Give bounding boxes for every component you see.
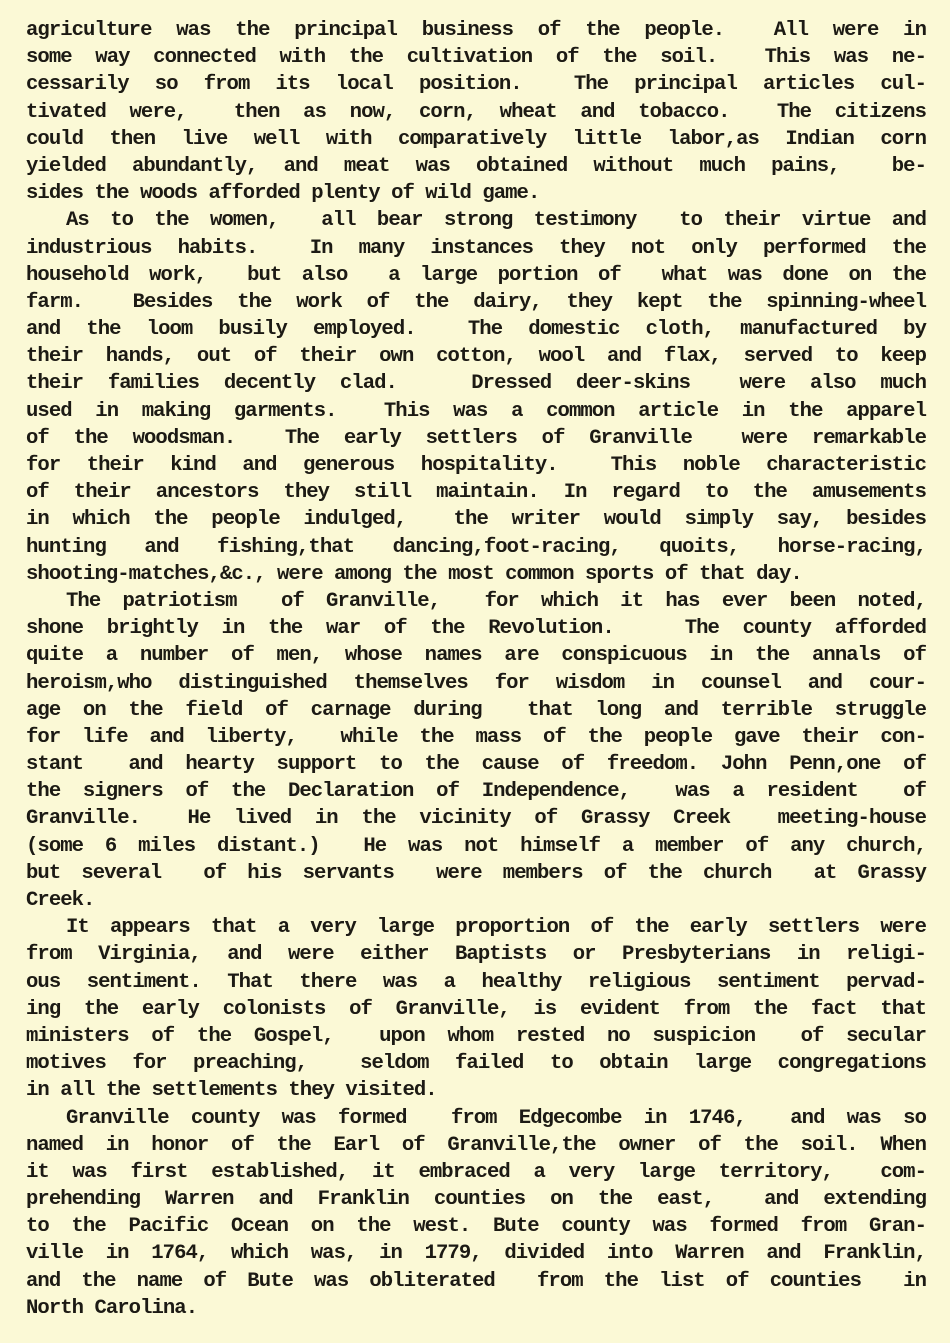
text-line: for their kind and generous hospitality.…: [26, 452, 926, 479]
text-line: from Virginia, and were either Baptists …: [26, 941, 926, 968]
text-line: Creek.: [26, 887, 926, 914]
text-line: of their ancestors they still maintain. …: [26, 479, 926, 506]
paragraph: agriculture was the principal business o…: [26, 17, 926, 207]
text-line: farm. Besides the work of the dairy, the…: [26, 289, 926, 316]
text-line: motives for preaching, seldom failed to …: [26, 1050, 926, 1077]
text-line: some way connected with the cultivation …: [26, 44, 926, 71]
text-line: agriculture was the principal business o…: [26, 17, 926, 44]
text-line: sides the woods afforded plenty of wild …: [26, 180, 926, 207]
paragraph: It appears that a very large proportion …: [26, 914, 926, 1104]
text-line: Granville. He lived in the vicinity of G…: [26, 805, 926, 832]
text-line: and the loom busily employed. The domest…: [26, 316, 926, 343]
text-line: hunting and fishing,that dancing,foot-ra…: [26, 534, 926, 561]
text-line: yielded abundantly, and meat was obtaine…: [26, 153, 926, 180]
text-line: to the Pacific Ocean on the west. Bute c…: [26, 1213, 926, 1240]
paragraph: The patriotism of Granville, for which i…: [26, 588, 926, 914]
text-line: Granville county was formed from Edgecom…: [26, 1105, 926, 1132]
text-line: their hands, out of their own cotton, wo…: [26, 343, 926, 370]
text-line: age on the field of carnage during that …: [26, 697, 926, 724]
text-line: could then live well with comparatively …: [26, 126, 926, 153]
text-line: in which the people indulged, the writer…: [26, 506, 926, 533]
text-line: As to the women, all bear strong testimo…: [26, 207, 926, 234]
paragraph: Granville county was formed from Edgecom…: [26, 1105, 926, 1323]
text-line: ville in 1764, which was, in 1779, divid…: [26, 1240, 926, 1267]
text-line: of the woodsman. The early settlers of G…: [26, 425, 926, 452]
text-line: stant and hearty support to the cause of…: [26, 751, 926, 778]
text-line: it was first established, it embraced a …: [26, 1159, 926, 1186]
paragraph: As to the women, all bear strong testimo…: [26, 207, 926, 588]
text-line: household work, but also a large portion…: [26, 262, 926, 289]
text-line: quite a number of men, whose names are c…: [26, 642, 926, 669]
text-line: North Carolina.: [26, 1295, 926, 1322]
text-line: and the name of Bute was obliterated fro…: [26, 1268, 926, 1295]
text-line: shooting-matches,&c., were among the mos…: [26, 561, 926, 588]
text-line: shone brightly in the war of the Revolut…: [26, 615, 926, 642]
text-line: but several of his servants were members…: [26, 860, 926, 887]
text-line: (some 6 miles distant.) He was not himse…: [26, 833, 926, 860]
text-line: ministers of the Gospel, upon whom reste…: [26, 1023, 926, 1050]
text-line: industrious habits. In many instances th…: [26, 235, 926, 262]
text-line: heroism,who distinguished themselves for…: [26, 670, 926, 697]
text-line: ing the early colonists of Granville, is…: [26, 996, 926, 1023]
text-line: The patriotism of Granville, for which i…: [26, 588, 926, 615]
text-line: cessarily so from its local position. Th…: [26, 71, 926, 98]
text-line: their families decently clad. Dressed de…: [26, 370, 926, 397]
text-line: used in making garments. This was a comm…: [26, 398, 926, 425]
text-line: in all the settlements they visited.: [26, 1077, 926, 1104]
text-line: named in honor of the Earl of Granville,…: [26, 1132, 926, 1159]
text-line: prehending Warren and Franklin counties …: [26, 1186, 926, 1213]
text-line: It appears that a very large proportion …: [26, 914, 926, 941]
text-line: the signers of the Declaration of Indepe…: [26, 778, 926, 805]
text-line: ous sentiment. That there was a healthy …: [26, 969, 926, 996]
text-line: tivated were, then as now, corn, wheat a…: [26, 99, 926, 126]
document-page: agriculture was the principal business o…: [26, 17, 926, 1322]
text-line: for life and liberty, while the mass of …: [26, 724, 926, 751]
